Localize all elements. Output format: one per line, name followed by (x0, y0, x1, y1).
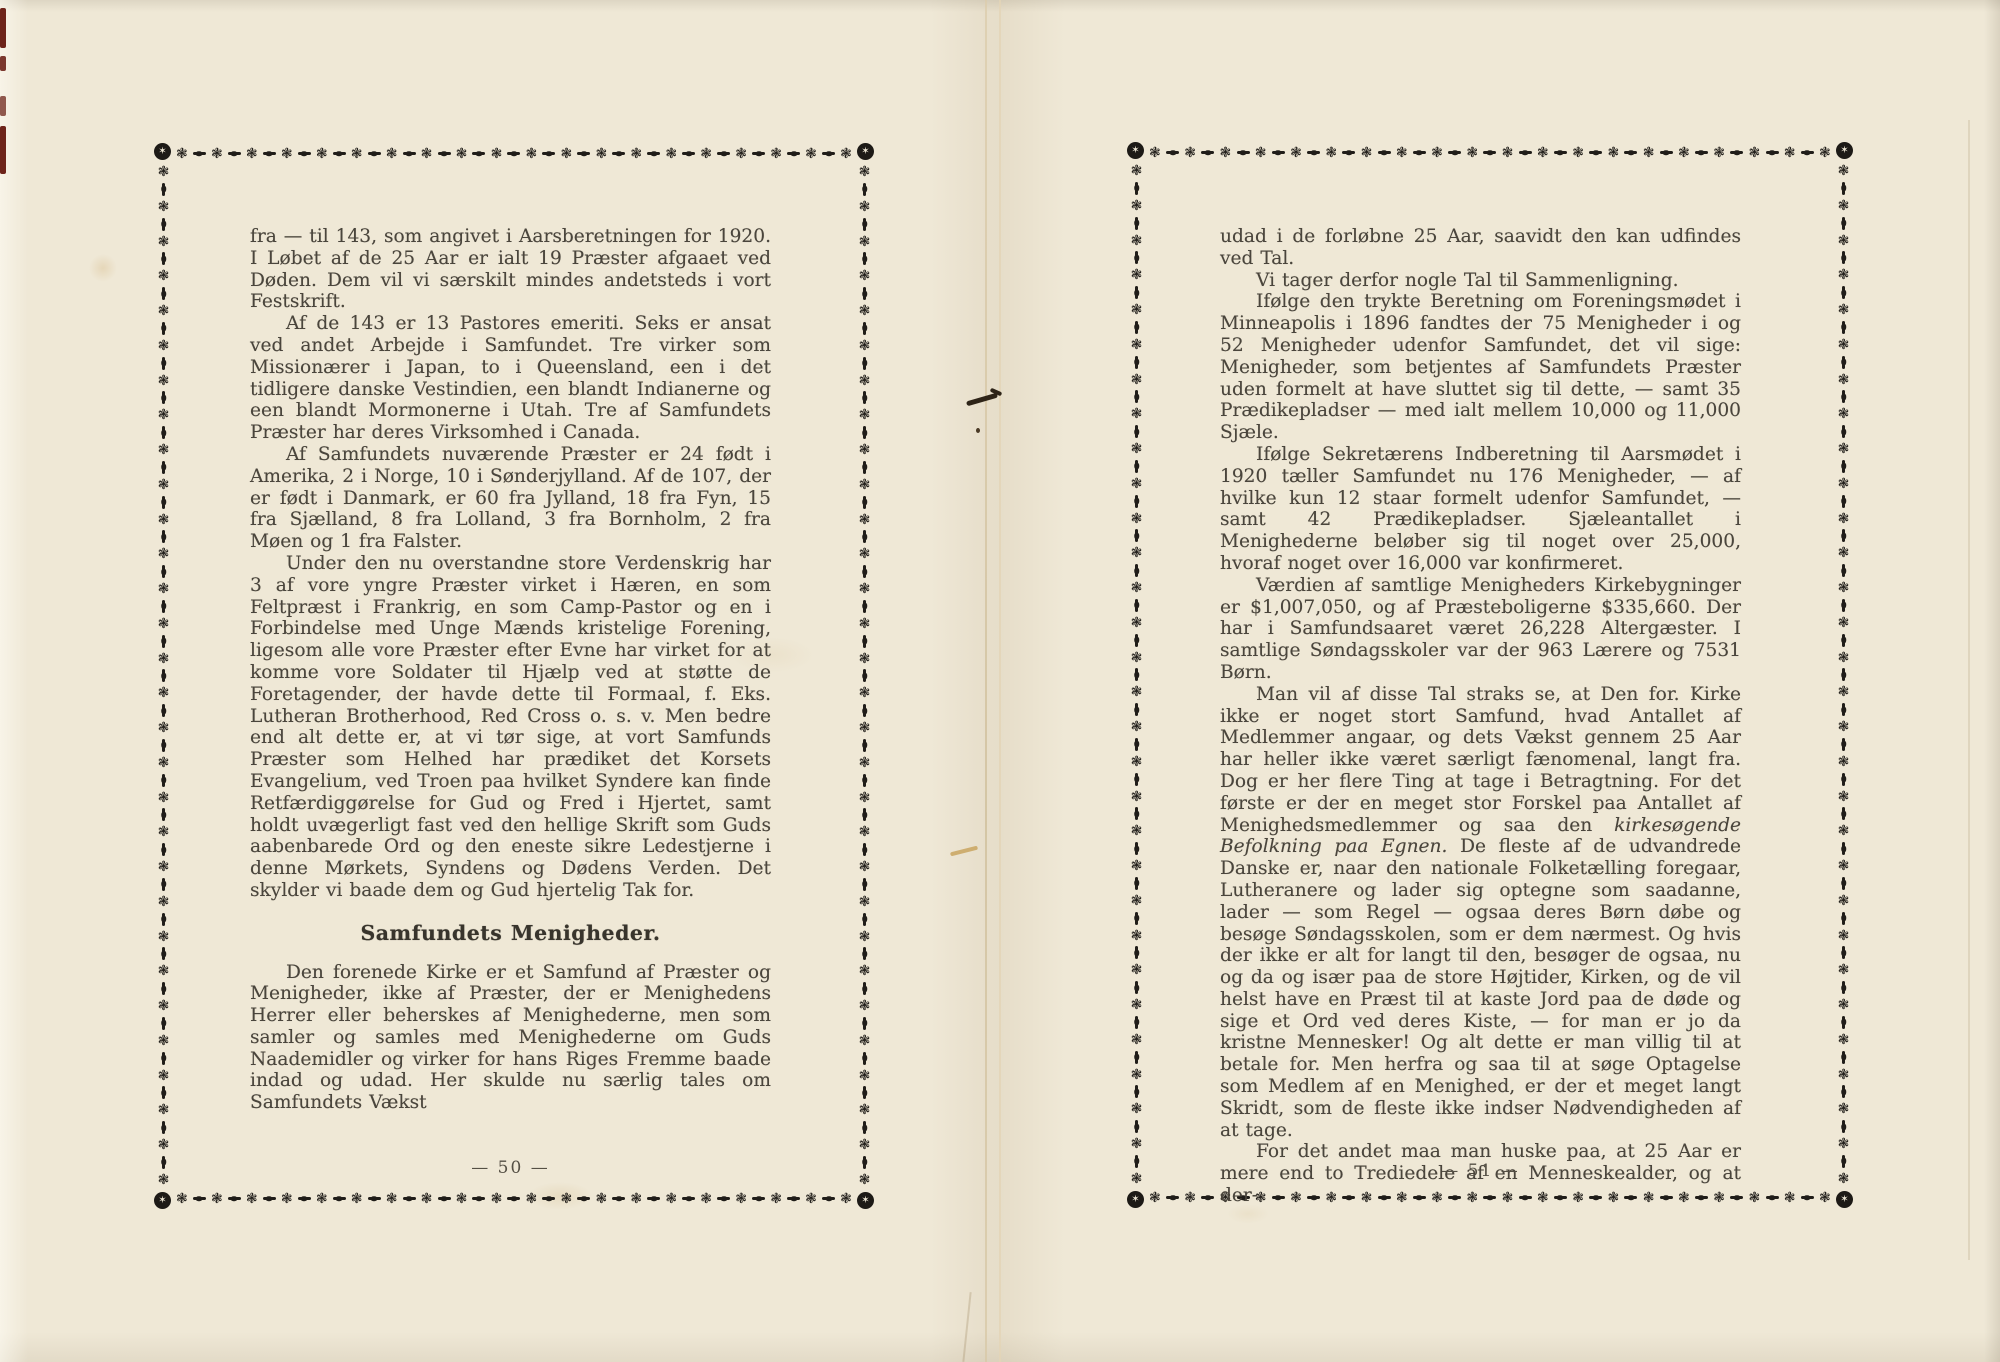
paragraph: Af Samfundets nuværende Præster er 24 fø… (250, 444, 771, 553)
lens-ornament (1135, 217, 1138, 230)
lens-ornament (1842, 981, 1845, 994)
flower-ornament-icon: ❃ (158, 165, 170, 179)
flower-ornament-icon: ❃ (1149, 146, 1161, 160)
lens-ornament (1135, 1120, 1138, 1133)
lens-ornament (162, 669, 165, 682)
flower-ornament-icon: ❃ (526, 1192, 538, 1206)
lens-ornament (863, 391, 866, 404)
lens-ornament (1842, 703, 1845, 716)
flower-ornament-icon: ❃ (1838, 164, 1850, 178)
lens-ornament (162, 287, 165, 300)
paragraph: Man vil af disse Tal straks se, at Den f… (1220, 684, 1741, 1142)
flower-ornament-icon: ❃ (158, 686, 170, 700)
paragraph-text: Man vil af disse Tal straks se, at Den f… (1220, 684, 1741, 836)
lens-ornament (1660, 151, 1673, 154)
flower-ornament-icon: ❃ (1361, 146, 1373, 160)
lens-ornament (863, 913, 866, 926)
flower-ornament-icon: ❃ (859, 513, 871, 527)
lens-ornament (863, 982, 866, 995)
flower-ornament-icon: ❃ (316, 147, 328, 161)
flower-ornament-icon: ❃ (211, 147, 223, 161)
lens-ornament (1589, 151, 1602, 154)
flower-ornament-icon: ❃ (1749, 146, 1761, 160)
flower-ornament-icon: ❃ (1131, 234, 1143, 248)
flower-ornament-icon: ❃ (456, 1192, 468, 1206)
lens-ornament (1272, 151, 1285, 154)
lens-ornament (863, 1086, 866, 1099)
lens-ornament (403, 1197, 416, 1200)
flower-ornament-icon: ❃ (859, 339, 871, 353)
lens-ornament (577, 152, 590, 155)
flower-ornament-icon: ❃ (1838, 1102, 1850, 1116)
flower-ornament-icon: ❃ (1838, 477, 1850, 491)
lens-ornament (863, 947, 866, 960)
flower-ornament-icon: ❃ (1325, 146, 1337, 160)
flower-ornament-icon: ❃ (1131, 477, 1143, 491)
lens-ornament (1135, 1085, 1138, 1098)
paragraph: Den forenede Kirke er et Samfund af Præs… (250, 962, 771, 1115)
lens-ornament (507, 152, 520, 155)
flower-ornament-icon: ❃ (1131, 442, 1143, 456)
lens-ornament (438, 152, 451, 155)
lens-ornament (162, 774, 165, 787)
flower-ornament-icon: ❃ (281, 147, 293, 161)
flower-ornament-icon: ❃ (1131, 268, 1143, 282)
page-number-left: — 50 — (250, 1158, 771, 1178)
lens-ornament (1842, 356, 1845, 369)
lens-ornament (863, 808, 866, 821)
flower-ornament-icon: ❃ (351, 147, 363, 161)
lens-ornament (162, 1121, 165, 1134)
flower-ornament-icon: ❃ (386, 147, 398, 161)
flower-ornament-icon: ❃ (859, 1103, 871, 1117)
lens-ornament (1842, 529, 1845, 542)
flower-ornament-icon: ❃ (1131, 1033, 1143, 1047)
flower-ornament-icon: ❃ (859, 964, 871, 978)
flower-ornament-icon: ❃ (491, 1192, 503, 1206)
lens-ornament (162, 565, 165, 578)
flower-ornament-icon: ❃ (158, 1103, 170, 1117)
flower-ornament-icon: ❃ (1131, 651, 1143, 665)
lens-ornament (162, 1052, 165, 1065)
flower-ornament-icon: ❃ (1131, 859, 1143, 873)
book-edge-mark (0, 8, 6, 48)
lens-ornament (403, 152, 416, 155)
book-edge-mark (0, 126, 6, 174)
flower-ornament-icon: ❃ (1131, 685, 1143, 699)
flower-ornament-icon: ❃ (1131, 512, 1143, 526)
flower-ornament-icon: ❃ (859, 443, 871, 457)
flower-ornament-icon: ❃ (1838, 1068, 1850, 1082)
flower-ornament-icon: ❃ (1131, 164, 1143, 178)
flower-ornament-icon: ❃ (859, 652, 871, 666)
flower-ornament-icon: ❃ (1131, 338, 1143, 352)
lens-ornament (1135, 773, 1138, 786)
lens-ornament (863, 530, 866, 543)
lens-ornament (787, 1197, 800, 1200)
flower-ornament-icon: ❃ (859, 582, 871, 596)
lens-ornament (1135, 460, 1138, 473)
flower-ornament-icon: ❃ (1838, 998, 1850, 1012)
flower-ornament-icon: ❃ (386, 1192, 398, 1206)
paragraph: Værdien af samtlige Menigheders Kirkebyg… (1220, 575, 1741, 684)
lens-ornament (162, 843, 165, 856)
lens-ornament (863, 1017, 866, 1030)
lens-ornament (822, 1197, 835, 1200)
flower-ornament-icon: ❃ (1131, 790, 1143, 804)
lens-ornament (162, 357, 165, 370)
gutter-fold-line (985, 0, 987, 1362)
lens-ornament (863, 704, 866, 717)
lens-ornament (1842, 1051, 1845, 1064)
flower-ornament-icon: ❃ (665, 1192, 677, 1206)
flower-ornament-icon: ❃ (158, 443, 170, 457)
lens-ornament (162, 252, 165, 265)
flower-ornament-icon: ❃ (1838, 442, 1850, 456)
lens-ornament (1135, 738, 1138, 751)
lens-ornament (1766, 1196, 1779, 1199)
binding-stitch-mark (976, 428, 980, 433)
lens-ornament (1483, 151, 1496, 154)
flower-ornament-icon: ❃ (1466, 146, 1478, 160)
lens-ornament (298, 152, 311, 155)
lens-ornament (1135, 286, 1138, 299)
flower-ornament-icon: ❃ (158, 617, 170, 631)
lens-ornament (1842, 460, 1845, 473)
flower-ornament-icon: ❃ (176, 147, 188, 161)
lens-ornament (863, 183, 866, 196)
flower-ornament-icon: ❃ (560, 1192, 572, 1206)
lens-ornament (1135, 946, 1138, 959)
lens-ornament (162, 913, 165, 926)
lens-ornament (863, 878, 866, 891)
lens-ornament (1554, 151, 1567, 154)
flower-ornament-icon: ❃ (859, 547, 871, 561)
flower-ornament-icon: ❃ (1131, 546, 1143, 560)
corner-star-ornament-icon: ✶ (1836, 1191, 1853, 1208)
flower-ornament-icon: ❃ (1131, 1102, 1143, 1116)
lens-ornament (1842, 773, 1845, 786)
flower-ornament-icon: ❃ (859, 860, 871, 874)
lens-ornament (1135, 1051, 1138, 1064)
lens-ornament (1842, 425, 1845, 438)
lens-ornament (1766, 151, 1779, 154)
flower-ornament-icon: ❃ (859, 686, 871, 700)
flower-ornament-icon: ❃ (526, 147, 538, 161)
flower-ornament-icon: ❃ (158, 756, 170, 770)
lens-ornament (752, 152, 765, 155)
corner-star-ornament-icon: ✶ (1127, 142, 1144, 159)
lens-ornament (863, 461, 866, 474)
flower-ornament-icon: ❃ (1838, 546, 1850, 560)
flower-ornament-icon: ❃ (158, 895, 170, 909)
lens-ornament (1342, 151, 1355, 154)
lens-ornament (1307, 151, 1320, 154)
flower-ornament-icon: ❃ (158, 652, 170, 666)
flower-ornament-icon: ❃ (158, 269, 170, 283)
lens-ornament (1135, 807, 1138, 820)
flower-ornament-icon: ❃ (158, 235, 170, 249)
lens-ornament (577, 1197, 590, 1200)
lens-ornament (1135, 564, 1138, 577)
corner-star-ornament-icon: ✶ (154, 143, 171, 160)
flower-ornament-icon: ❃ (281, 1192, 293, 1206)
flower-ornament-icon: ❃ (158, 408, 170, 422)
page-edge-line (1968, 120, 1970, 1260)
lens-ornament (1842, 599, 1845, 612)
lens-ornament (1842, 946, 1845, 959)
lens-ornament (863, 218, 866, 231)
lens-ornament (333, 152, 346, 155)
lens-ornament (162, 183, 165, 196)
border-left: ❃❃❃❃❃❃❃❃❃❃❃❃❃❃❃❃❃❃❃❃❃❃❃❃❃❃❃❃❃❃ (156, 165, 171, 1187)
lens-ornament (298, 1197, 311, 1200)
flower-ornament-icon: ❃ (859, 374, 871, 388)
flower-ornament-icon: ❃ (1220, 146, 1232, 160)
lens-ornament (1166, 1196, 1179, 1199)
flower-ornament-icon: ❃ (1131, 199, 1143, 213)
flower-ornament-icon: ❃ (158, 304, 170, 318)
lens-ornament (612, 152, 625, 155)
border-right: ❃❃❃❃❃❃❃❃❃❃❃❃❃❃❃❃❃❃❃❃❃❃❃❃❃❃❃❃❃❃ (1836, 164, 1851, 1186)
lens-ornament (717, 152, 730, 155)
flower-ornament-icon: ❃ (1184, 1191, 1196, 1205)
flower-ornament-icon: ❃ (1838, 651, 1850, 665)
lens-ornament (863, 287, 866, 300)
lens-ornament (162, 704, 165, 717)
flower-ornament-icon: ❃ (158, 582, 170, 596)
flower-ornament-icon: ❃ (859, 1138, 871, 1152)
lens-ornament (263, 1197, 276, 1200)
flower-ornament-icon: ❃ (158, 999, 170, 1013)
flower-ornament-icon: ❃ (1838, 1137, 1850, 1151)
binding-stitch-mark (966, 393, 998, 407)
lens-ornament (863, 252, 866, 265)
lens-ornament (1842, 321, 1845, 334)
flower-ornament-icon: ❃ (246, 147, 258, 161)
lens-ornament (1842, 912, 1845, 925)
flower-ornament-icon: ❃ (1131, 963, 1143, 977)
paragraph: Ifølge den trykte Beretning om Forenings… (1220, 291, 1741, 444)
flower-ornament-icon: ❃ (840, 1192, 852, 1206)
lens-ornament (162, 218, 165, 231)
paragraph-text: De fleste af de udvandrede Danske er, na… (1220, 836, 1741, 1140)
lens-ornament (1237, 151, 1250, 154)
flower-ornament-icon: ❃ (859, 791, 871, 805)
flower-ornament-icon: ❃ (1784, 1191, 1796, 1205)
lens-ornament (1413, 151, 1426, 154)
flower-ornament-icon: ❃ (1838, 512, 1850, 526)
flower-ornament-icon: ❃ (1131, 720, 1143, 734)
lens-ornament (863, 669, 866, 682)
lens-ornament (1135, 425, 1138, 438)
flower-ornament-icon: ❃ (1643, 146, 1655, 160)
lens-ornament (1166, 151, 1179, 154)
book-edge-mark (0, 56, 6, 71)
flower-ornament-icon: ❃ (859, 269, 871, 283)
lens-ornament (162, 1017, 165, 1030)
lens-ornament (368, 152, 381, 155)
lens-ornament (647, 152, 660, 155)
lens-ornament (162, 426, 165, 439)
flower-ornament-icon: ❃ (1838, 929, 1850, 943)
flower-ornament-icon: ❃ (316, 1192, 328, 1206)
lens-ornament (1801, 1196, 1814, 1199)
lens-ornament (1842, 390, 1845, 403)
flower-ornament-icon: ❃ (1131, 929, 1143, 943)
flower-ornament-icon: ❃ (158, 791, 170, 805)
lens-ornament (162, 1086, 165, 1099)
flower-ornament-icon: ❃ (770, 1192, 782, 1206)
flower-ornament-icon: ❃ (859, 235, 871, 249)
lens-ornament (863, 843, 866, 856)
paragraph: Under den nu overstandne store Verdenskr… (250, 553, 771, 902)
lens-ornament (1842, 668, 1845, 681)
lens-ornament (1135, 1155, 1138, 1168)
lens-ornament (193, 152, 206, 155)
flower-ornament-icon: ❃ (1149, 1191, 1161, 1205)
lens-ornament (1135, 495, 1138, 508)
flower-ornament-icon: ❃ (1838, 755, 1850, 769)
lens-ornament (1135, 529, 1138, 542)
lens-ornament (863, 1156, 866, 1169)
flower-ornament-icon: ❃ (840, 147, 852, 161)
lens-ornament (162, 496, 165, 509)
flower-ornament-icon: ❃ (1131, 824, 1143, 838)
flower-ornament-icon: ❃ (1131, 1068, 1143, 1082)
flower-ornament-icon: ❃ (1131, 998, 1143, 1012)
lens-ornament (1135, 877, 1138, 890)
lens-ornament (1135, 356, 1138, 369)
lens-ornament (1624, 151, 1637, 154)
lens-ornament (682, 1197, 695, 1200)
lens-ornament (752, 1197, 765, 1200)
lens-ornament (228, 1197, 241, 1200)
lens-ornament (1801, 151, 1814, 154)
flower-ornament-icon: ❃ (859, 478, 871, 492)
lens-ornament (1519, 151, 1532, 154)
flower-ornament-icon: ❃ (630, 1192, 642, 1206)
flower-ornament-icon: ❃ (1537, 146, 1549, 160)
lens-ornament (1842, 807, 1845, 820)
flower-ornament-icon: ❃ (158, 930, 170, 944)
lens-ornament (542, 1197, 555, 1200)
flower-ornament-icon: ❃ (595, 1192, 607, 1206)
paragraph: fra — til 143, som angivet i Aarsberetni… (250, 226, 771, 313)
flower-ornament-icon: ❃ (1290, 146, 1302, 160)
lens-ornament (263, 152, 276, 155)
flower-ornament-icon: ❃ (491, 147, 503, 161)
lens-ornament (162, 982, 165, 995)
corner-star-ornament-icon: ✶ (154, 1192, 171, 1209)
lens-ornament (472, 1197, 485, 1200)
lens-ornament (1448, 151, 1461, 154)
lens-ornament (1842, 251, 1845, 264)
lens-ornament (682, 152, 695, 155)
flower-ornament-icon: ❃ (859, 1069, 871, 1083)
flower-ornament-icon: ❃ (1678, 146, 1690, 160)
flower-ornament-icon: ❃ (1838, 373, 1850, 387)
lens-ornament (438, 1197, 451, 1200)
flower-ornament-icon: ❃ (700, 147, 712, 161)
lens-ornament (1135, 668, 1138, 681)
flower-ornament-icon: ❃ (859, 930, 871, 944)
flower-ornament-icon: ❃ (1838, 859, 1850, 873)
lens-ornament (863, 496, 866, 509)
flower-ornament-icon: ❃ (246, 1192, 258, 1206)
lens-ornament (1842, 634, 1845, 647)
lens-ornament (1135, 1016, 1138, 1029)
lens-ornament (193, 1197, 206, 1200)
flower-ornament-icon: ❃ (211, 1192, 223, 1206)
lens-ornament (162, 391, 165, 404)
lens-ornament (1842, 564, 1845, 577)
lens-ornament (863, 1121, 866, 1134)
book-scan: ✶ ✶ ✶ ✶ ❃❃❃❃❃❃❃❃❃❃❃❃❃❃❃❃❃❃❃❃ ❃❃❃❃❃❃❃❃❃❃❃… (0, 0, 2000, 1362)
flower-ornament-icon: ❃ (1838, 1033, 1850, 1047)
flower-ornament-icon: ❃ (859, 408, 871, 422)
lens-ornament (863, 1052, 866, 1065)
flower-ornament-icon: ❃ (700, 1192, 712, 1206)
lens-ornament (1201, 1196, 1214, 1199)
flower-ornament-icon: ❃ (158, 1173, 170, 1187)
flower-ornament-icon: ❃ (158, 478, 170, 492)
flower-ornament-icon: ❃ (1838, 685, 1850, 699)
lens-ornament (1135, 842, 1138, 855)
flower-ornament-icon: ❃ (158, 513, 170, 527)
lens-ornament (612, 1197, 625, 1200)
flower-ornament-icon: ❃ (421, 1192, 433, 1206)
lens-ornament (863, 357, 866, 370)
lens-ornament (162, 530, 165, 543)
flower-ornament-icon: ❃ (859, 999, 871, 1013)
paragraph: Ifølge Sekretærens Indberetning til Aars… (1220, 444, 1741, 575)
left-page-text: fra — til 143, som angivet i Aarsberetni… (250, 226, 771, 1114)
lens-ornament (507, 1197, 520, 1200)
flower-ornament-icon: ❃ (176, 1192, 188, 1206)
lens-ornament (1135, 321, 1138, 334)
lens-ornament (863, 739, 866, 752)
lens-ornament (822, 152, 835, 155)
lens-ornament (1135, 599, 1138, 612)
flower-ornament-icon: ❃ (1838, 790, 1850, 804)
book-edge-mark (0, 96, 6, 116)
flower-ornament-icon: ❃ (1431, 146, 1443, 160)
flower-ornament-icon: ❃ (1838, 720, 1850, 734)
lens-ornament (1135, 251, 1138, 264)
flower-ornament-icon: ❃ (859, 165, 871, 179)
lens-ornament (1842, 182, 1845, 195)
lens-ornament (162, 635, 165, 648)
lens-ornament (1378, 151, 1391, 154)
border-top: ❃❃❃❃❃❃❃❃❃❃❃❃❃❃❃❃❃❃❃❃ (1149, 145, 1831, 160)
lens-ornament (542, 152, 555, 155)
flower-ornament-icon: ❃ (1502, 146, 1514, 160)
flower-ornament-icon: ❃ (859, 304, 871, 318)
flower-ornament-icon: ❃ (158, 860, 170, 874)
flower-ornament-icon: ❃ (158, 1034, 170, 1048)
flower-ornament-icon: ❃ (805, 147, 817, 161)
flower-ornament-icon: ❃ (158, 374, 170, 388)
flower-ornament-icon: ❃ (1572, 146, 1584, 160)
border-top: ❃❃❃❃❃❃❃❃❃❃❃❃❃❃❃❃❃❃❃❃ (176, 146, 852, 161)
border-right: ❃❃❃❃❃❃❃❃❃❃❃❃❃❃❃❃❃❃❃❃❃❃❃❃❃❃❃❃❃❃ (857, 165, 872, 1187)
flower-ornament-icon: ❃ (1131, 303, 1143, 317)
flower-ornament-icon: ❃ (859, 1034, 871, 1048)
flower-ornament-icon: ❃ (158, 825, 170, 839)
flower-ornament-icon: ❃ (158, 547, 170, 561)
lens-ornament (1135, 634, 1138, 647)
